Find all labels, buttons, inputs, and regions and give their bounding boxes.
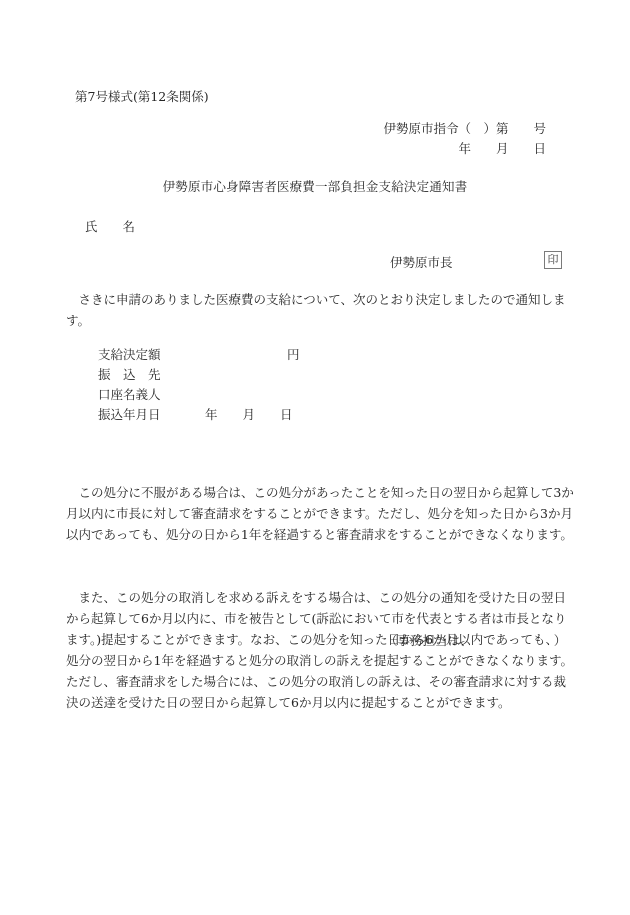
seal-mark: 印 [544, 251, 562, 269]
payment-fields: 支給決定額 円 振 込 先 口座名義人 振込年月日 年 月 日 [66, 345, 566, 425]
field-row-decision-amount: 支給決定額 円 [66, 345, 566, 365]
directive-number-line: 伊勢原市指令（ ）第 号 [383, 119, 546, 139]
field-row-transfer-date: 振込年月日 年 月 日 [66, 405, 566, 425]
notification-document-page: 第7号様式(第12条関係) 伊勢原市指令（ ）第 号 年 月 日 伊勢原市心身障… [0, 0, 630, 915]
field-label-transfer-date: 振込年月日 [98, 405, 161, 425]
appeal-instructions: この処分に不服がある場合は、この処分があったことを知った日の翌日から起算して3か… [66, 440, 574, 755]
contact-note: （事務担当は、 ） [385, 631, 566, 649]
intro-paragraph: さきに申請のありました医療費の支給について、次のとおり決定しましたので通知しま … [66, 289, 566, 331]
mayor-label: 伊勢原市長 [390, 253, 453, 271]
document-title: 伊勢原市心身障害者医療費一部負担金支給決定通知書 [0, 177, 630, 195]
field-label-account-holder: 口座名義人 [98, 385, 161, 405]
issuer-signature-line: 伊勢原市長 印 [0, 253, 630, 273]
appeal-paragraph-review-request: この処分に不服がある場合は、この処分があったことを知った日の翌日から起算して3か… [66, 482, 574, 545]
form-number: 第7号様式(第12条関係) [75, 87, 209, 105]
recipient-name-label: 氏 名 [85, 217, 135, 235]
issue-date-line: 年 月 日 [383, 139, 546, 159]
appeal-paragraph-lawsuit: また、この処分の取消しを求める訴えをする場合は、この処分の通知を受けた日の翌日 … [66, 587, 574, 713]
field-unit-date: 年 月 日 [205, 405, 293, 425]
field-label-decision-amount: 支給決定額 [98, 345, 161, 365]
field-row-transfer-destination: 振 込 先 [66, 365, 566, 385]
field-label-transfer-destination: 振 込 先 [98, 365, 161, 385]
directive-header: 伊勢原市指令（ ）第 号 年 月 日 [383, 119, 546, 159]
field-unit-yen: 円 [287, 345, 300, 365]
field-row-account-holder: 口座名義人 [66, 385, 566, 405]
